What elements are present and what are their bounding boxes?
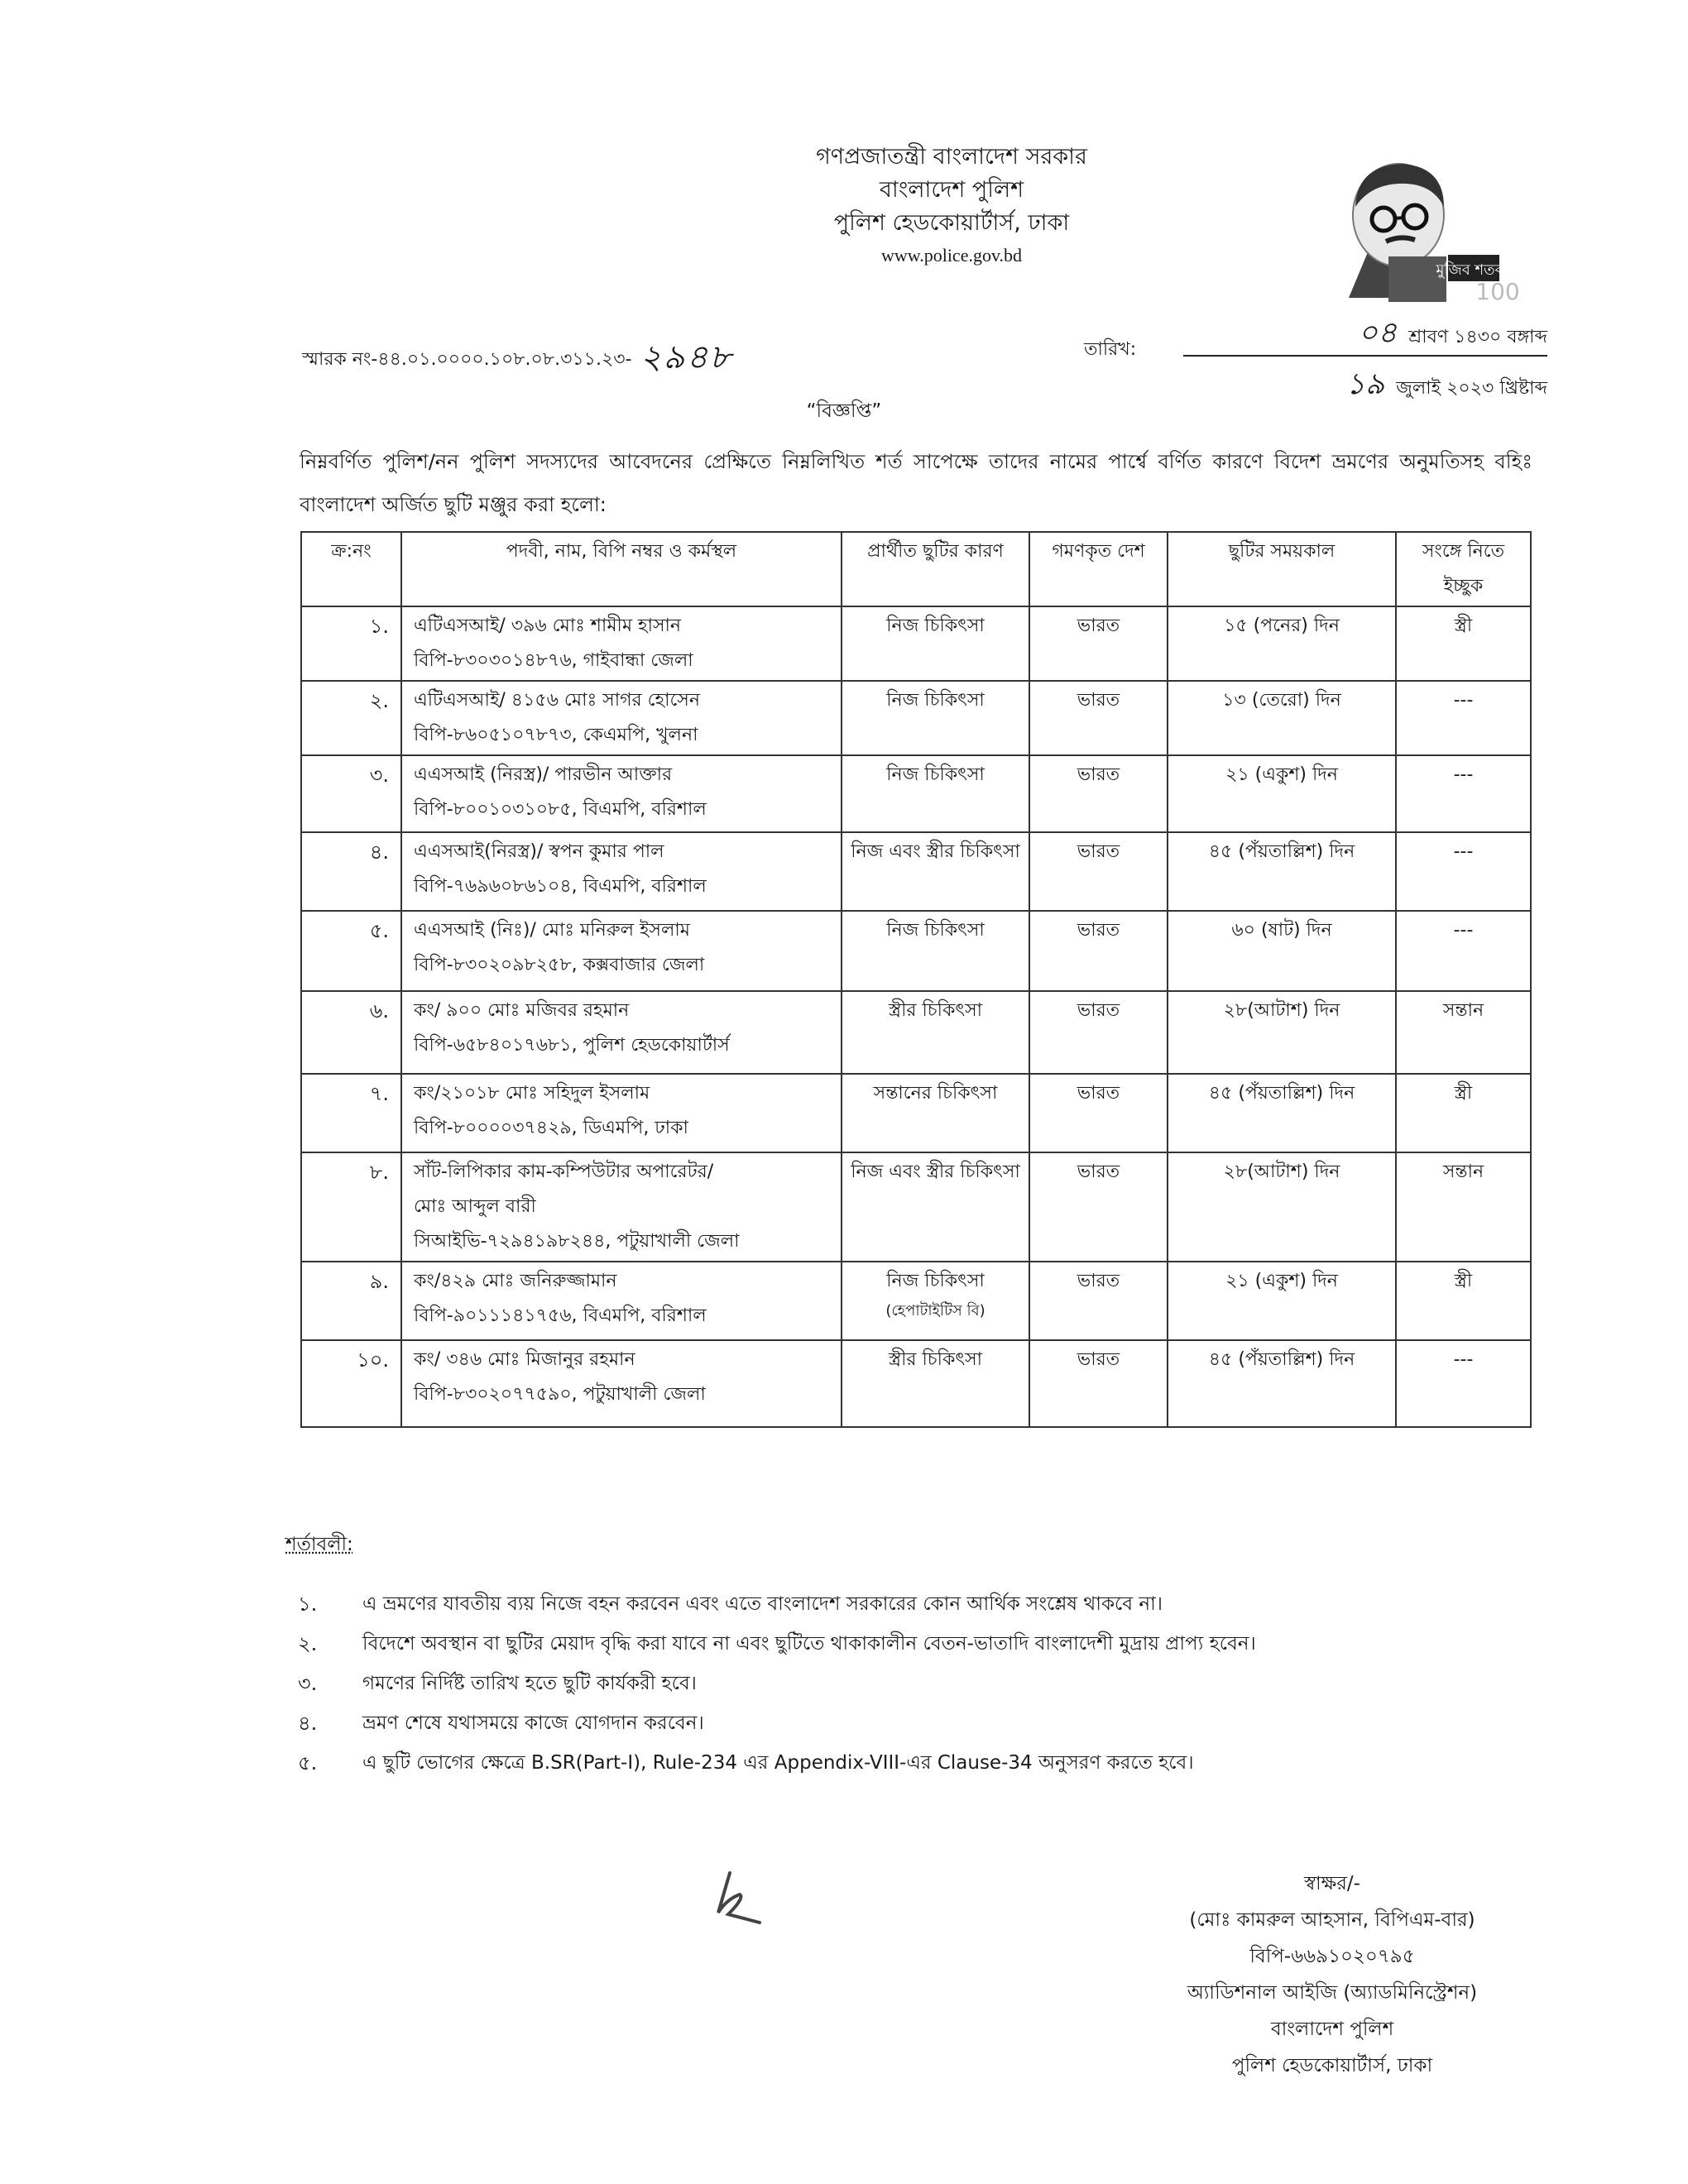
cell-serial: ৮. [301, 1152, 401, 1262]
employee-line2: মোঃ আব্দুল বারী [414, 1190, 832, 1224]
cell-serial: ৯. [301, 1262, 401, 1340]
condition-text: ভ্রমণ শেষে যথাসময়ে কাজে যোগদান করবেন। [362, 1703, 704, 1743]
cell-duration: ৪৫ (পঁয়তাল্লিশ) দিন [1168, 832, 1396, 911]
employee-line2: বিপি-৮৩০২০৯৮২৫৮, কক্সবাজার জেলা [414, 948, 832, 983]
organization-name: বাংলাদেশ পুলিশ [579, 174, 1324, 207]
cell-duration: ৬০ (ষাট) দিন [1168, 911, 1396, 991]
reason-text: নিজ চিকিৎসা [886, 690, 985, 711]
cell-duration: ৪৫ (পঁয়তাল্লিশ) দিন [1168, 1340, 1396, 1427]
employee-line2: বিপি-৮০০০০৩৭৪২৯, ডিএমপি, ঢাকা [414, 1111, 832, 1146]
employee-line1: এএসআই (নিরস্ত্র)/ পারভীন আক্তার [414, 758, 832, 793]
header-serial: ক্র:নং [301, 532, 401, 606]
date-block: ০৪ শ্রাবণ ১৪৩০ বঙ্গাব্দ ১৯ জুলাই ২০২৩ খ্… [1183, 310, 1547, 403]
memo-handwritten-number: ২৯৪৮ [640, 338, 733, 376]
cell-companion: স্ত্রী [1396, 1262, 1531, 1340]
conditions-list: ১.এ ভ্রমণের যাবতীয় ব্যয় নিজে বহন করবেন… [298, 1584, 1539, 1783]
employee-line1: এএসআই (নিঃ)/ মোঃ মনিরুল ইসলাম [414, 913, 832, 948]
memo-number: স্মারক নং-৪৪.০১.০০০০.১০৮.০৮.৩১১.২৩-২৯৪৮ [302, 331, 732, 386]
condition-text: এ ছুটি ভোগের ক্ষেত্রে B.SR(Part-I), Rule… [362, 1743, 1194, 1783]
condition-number: ৩. [298, 1664, 362, 1703]
cell-duration: ১৩ (তেরো) দিন [1168, 681, 1396, 755]
employee-line2: বিপি-৮০০১০৩১০৮৫, বিএমপি, বরিশাল [414, 793, 832, 827]
cell-reason: নিজ চিকিৎসা [842, 681, 1029, 755]
signatory-bp: বিপি-৬৬৯১০২০৭৯৫ [1101, 1938, 1564, 1975]
header-companion: সংঙ্গে নিতে ইচ্ছুক [1396, 532, 1531, 606]
employee-line2: বিপি-৯০১১১৪১৭৫৬, বিএমপি, বরিশাল [414, 1299, 832, 1334]
cell-duration: ১৫ (পনের) দিন [1168, 606, 1396, 681]
cell-companion: সন্তান [1396, 991, 1531, 1074]
bangla-date: ০৪ শ্রাবণ ১৪৩০ বঙ্গাব্দ [1183, 310, 1547, 352]
reason-text: নিজ চিকিৎসা [886, 764, 985, 785]
condition-item: ৩.গমণের নির্দিষ্ট তারিখ হতে ছুটি কার্যকর… [298, 1664, 1539, 1703]
cell-country: ভারত [1029, 755, 1168, 832]
table-header-row: ক্র:নং পদবী, নাম, বিপি নম্বর ও কর্মস্থল … [301, 532, 1531, 606]
cell-details: এটিএসআই/ ৪১৫৬ মোঃ সাগর হোসেনবিপি-৮৬০৫১০৭… [401, 681, 842, 755]
table-row: ৮.সাঁট-লিপিকার কাম-কম্পিউটার অপারেটর/মোঃ… [301, 1152, 1531, 1262]
signatory-designation: অ্যাডিশনাল আইজি (অ্যাডমিনিস্ট্রেশন) [1101, 1975, 1564, 2011]
cell-details: কং/ ৩৪৬ মোঃ মিজানুর রহমানবিপি-৮৩০২০৭৭৫৯০… [401, 1340, 842, 1427]
table-row: ৫.এএসআই (নিঃ)/ মোঃ মনিরুল ইসলামবিপি-৮৩০২… [301, 911, 1531, 991]
reason-text: নিজ এবং স্ত্রীর চিকিৎসা [851, 1161, 1020, 1182]
svg-text:100: 100 [1475, 278, 1519, 305]
reason-text: নিজ এবং স্ত্রীর চিকিৎসা [851, 841, 1020, 862]
condition-item: ১.এ ভ্রমণের যাবতীয় ব্যয় নিজে বহন করবেন… [298, 1584, 1539, 1624]
table-row: ৬.কং/ ৯০০ মোঃ মজিবর রহমানবিপি-৬৫৮৪০১৭৬৮১… [301, 991, 1531, 1074]
cell-duration: ২১ (একুশ) দিন [1168, 1262, 1396, 1340]
cell-serial: ৫. [301, 911, 401, 991]
employee-line1: এটিএসআই/ ৪১৫৬ মোঃ সাগর হোসেন [414, 683, 832, 718]
table-row: ৪.এএসআই(নিরস্ত্র)/ স্বপন কুমার পালবিপি-৭… [301, 832, 1531, 911]
employee-line1: কং/৪২৯ মোঃ জনিরুজ্জামান [414, 1264, 832, 1299]
employee-line2: বিপি-৮৬০৫১০৭৮৭৩, কেএমপি, খুলনা [414, 718, 832, 753]
signature-block: স্বাক্ষর/- (মোঃ কামরুল আহসান, বিপিএম-বার… [1101, 1865, 1564, 2084]
table-row: ৭.কং/২১০১৮ মোঃ সহিদুল ইসলামবিপি-৮০০০০৩৭৪… [301, 1074, 1531, 1152]
employee-line1: কং/ ৩৪৬ মোঃ মিজানুর রহমান [414, 1343, 832, 1377]
employee-line1: এএসআই(নিরস্ত্র)/ স্বপন কুমার পাল [414, 835, 832, 869]
bangla-date-month-year: শ্রাবণ ১৪৩০ বঙ্গাব্দ [1408, 323, 1547, 353]
memo-label: স্মারক নং-৪৪.০১.০০০০.১০৮.০৮.৩১১.২৩- [302, 349, 632, 370]
mujib-borsho-logo-icon: মুজিব শতবর্ষ 100 [1291, 149, 1523, 306]
cell-reason: নিজ চিকিৎসা(হেপাটাইটিস বি) [842, 1262, 1029, 1340]
employee-line3: সিআইভি-৭২৯৪১৯৮২৪৪, পটুয়াখালী জেলা [414, 1224, 832, 1259]
cell-companion: --- [1396, 755, 1531, 832]
letterhead: গণপ্রজাতন্ত্রী বাংলাদেশ সরকার বাংলাদেশ প… [579, 141, 1324, 270]
cell-reason: নিজ এবং স্ত্রীর চিকিৎসা [842, 832, 1029, 911]
condition-number: ২. [298, 1624, 362, 1664]
signatory-name: (মোঃ কামরুল আহসান, বিপিএম-বার) [1101, 1902, 1564, 1938]
leave-table: ক্র:নং পদবী, নাম, বিপি নম্বর ও কর্মস্থল … [300, 531, 1532, 1428]
date-label: তারিখ: [1084, 335, 1136, 366]
cell-country: ভারত [1029, 681, 1168, 755]
cell-serial: ১. [301, 606, 401, 681]
notice-title: “বিজ্ঞপ্তি” [0, 395, 1688, 428]
reason-text: নিজ চিকিৎসা [886, 1271, 985, 1291]
condition-item: ৫.এ ছুটি ভোগের ক্ষেত্রে B.SR(Part-I), Ru… [298, 1743, 1539, 1783]
reason-text: স্ত্রীর চিকিৎসা [889, 1000, 982, 1021]
condition-item: ৪.ভ্রমণ শেষে যথাসময়ে কাজে যোগদান করবেন। [298, 1703, 1539, 1743]
cell-serial: ২. [301, 681, 401, 755]
table-row: ৯.কং/৪২৯ মোঃ জনিরুজ্জামানবিপি-৯০১১১৪১৭৫৬… [301, 1262, 1531, 1340]
cell-country: ভারত [1029, 606, 1168, 681]
cell-reason: নিজ চিকিৎসা [842, 606, 1029, 681]
cell-details: এএসআই(নিরস্ত্র)/ স্বপন কুমার পালবিপি-৭৬৯… [401, 832, 842, 911]
cell-details: এটিএসআই/ ৩৯৬ মোঃ শামীম হাসানবিপি-৮৩০৩০১৪… [401, 606, 842, 681]
table-row: ১০.কং/ ৩৪৬ মোঃ মিজানুর রহমানবিপি-৮৩০২০৭৭… [301, 1340, 1531, 1427]
reason-text: সন্তানের চিকিৎসা [874, 1083, 998, 1104]
condition-number: ১. [298, 1584, 362, 1624]
reason-text: নিজ চিকিৎসা [886, 920, 985, 941]
cell-country: ভারত [1029, 1262, 1168, 1340]
cell-details: কং/ ৯০০ মোঃ মজিবর রহমানবিপি-৬৫৮৪০১৭৬৮১, … [401, 991, 842, 1074]
cell-serial: ৭. [301, 1074, 401, 1152]
header-details: পদবী, নাম, বিপি নম্বর ও কর্মস্থল [401, 532, 842, 606]
condition-number: ৫. [298, 1743, 362, 1783]
signatory-org: বাংলাদেশ পুলিশ [1101, 2011, 1564, 2047]
government-name: গণপ্রজাতন্ত্রী বাংলাদেশ সরকার [579, 141, 1324, 174]
table-row: ১.এটিএসআই/ ৩৯৬ মোঃ শামীম হাসানবিপি-৮৩০৩০… [301, 606, 1531, 681]
cell-country: ভারত [1029, 1340, 1168, 1427]
employee-line2: বিপি-৭৬৯৬০৮৬১০৪, বিএমপি, বরিশাল [414, 869, 832, 904]
cell-companion: --- [1396, 911, 1531, 991]
conditions-title: শর্তাবলী: [285, 1529, 353, 1561]
cell-reason: স্ত্রীর চিকিৎসা [842, 1340, 1029, 1427]
table-row: ২.এটিএসআই/ ৪১৫৬ মোঃ সাগর হোসেনবিপি-৮৬০৫১… [301, 681, 1531, 755]
cell-serial: ১০. [301, 1340, 401, 1427]
cell-reason: স্ত্রীর চিকিৎসা [842, 991, 1029, 1074]
table-row: ৩.এএসআই (নিরস্ত্র)/ পারভীন আক্তারবিপি-৮০… [301, 755, 1531, 832]
reason-note: (হেপাটাইটিস বি) [851, 1299, 1020, 1324]
cell-duration: ২১ (একুশ) দিন [1168, 755, 1396, 832]
bangla-date-day: ০৪ [1358, 310, 1397, 360]
cell-country: ভারত [1029, 832, 1168, 911]
cell-reason: সন্তানের চিকিৎসা [842, 1074, 1029, 1152]
cell-reason: নিজ এবং স্ত্রীর চিকিৎসা [842, 1152, 1029, 1262]
cell-companion: সন্তান [1396, 1152, 1531, 1262]
employee-line2: বিপি-৮৩০২০৭৭৫৯০, পটুয়াখালী জেলা [414, 1377, 832, 1412]
cell-country: ভারত [1029, 1074, 1168, 1152]
cell-companion: --- [1396, 832, 1531, 911]
cell-details: এএসআই (নিরস্ত্র)/ পারভীন আক্তারবিপি-৮০০১… [401, 755, 842, 832]
condition-text: এ ভ্রমণের যাবতীয় ব্যয় নিজে বহন করবেন এ… [362, 1584, 1163, 1624]
cell-serial: ৩. [301, 755, 401, 832]
reason-text: স্ত্রীর চিকিৎসা [889, 1349, 982, 1370]
header-duration: ছুটির সময়কাল [1168, 532, 1396, 606]
cell-companion: স্ত্রী [1396, 606, 1531, 681]
cell-reason: নিজ চিকিৎসা [842, 755, 1029, 832]
condition-text: গমণের নির্দিষ্ট তারিখ হতে ছুটি কার্যকরী … [362, 1664, 697, 1703]
cell-country: ভারত [1029, 911, 1168, 991]
svg-text:মুজিব শতবর্ষ: মুজিব শতবর্ষ [1435, 261, 1513, 279]
office-name: পুলিশ হেডকোয়ার্টার্স, ঢাকা [579, 207, 1324, 240]
cell-companion: --- [1396, 681, 1531, 755]
employee-line1: কং/ ৯০০ মোঃ মজিবর রহমান [414, 994, 832, 1028]
condition-text: বিদেশে অবস্থান বা ছুটির মেয়াদ বৃদ্ধি কর… [362, 1624, 1256, 1664]
condition-item: ২.বিদেশে অবস্থান বা ছুটির মেয়াদ বৃদ্ধি … [298, 1624, 1539, 1664]
cell-companion: স্ত্রী [1396, 1074, 1531, 1152]
employee-line2: বিপি-৮৩০৩০১৪৮৭৬, গাইবান্ধা জেলা [414, 644, 832, 678]
cell-details: কং/২১০১৮ মোঃ সহিদুল ইসলামবিপি-৮০০০০৩৭৪২৯… [401, 1074, 842, 1152]
cell-details: সাঁট-লিপিকার কাম-কম্পিউটার অপারেটর/মোঃ আ… [401, 1152, 842, 1262]
cell-companion: --- [1396, 1340, 1531, 1427]
cell-serial: ৬. [301, 991, 401, 1074]
header-country: গমণকৃত দেশ [1029, 532, 1168, 606]
header-reason: প্রার্থীত ছুটির কারণ [842, 532, 1029, 606]
employee-line1: কং/২১০১৮ মোঃ সহিদুল ইসলাম [414, 1076, 832, 1111]
cell-country: ভারত [1029, 991, 1168, 1074]
handwritten-initial-icon [712, 1870, 778, 1928]
employee-line2: বিপি-৬৫৮৪০১৭৬৮১, পুলিশ হেডকোয়ার্টার্স [414, 1028, 832, 1063]
cell-reason: নিজ চিকিৎসা [842, 911, 1029, 991]
cell-duration: ২৮(আটাশ) দিন [1168, 1152, 1396, 1262]
reason-text: নিজ চিকিৎসা [886, 615, 985, 636]
cell-details: কং/৪২৯ মোঃ জনিরুজ্জামানবিপি-৯০১১১৪১৭৫৬, … [401, 1262, 842, 1340]
intro-paragraph: নিম্নবর্ণিত পুলিশ/নন পুলিশ সদস্যদের আবেদ… [300, 440, 1532, 526]
signed-mark: স্বাক্ষর/- [1101, 1865, 1564, 1902]
cell-serial: ৪. [301, 832, 401, 911]
cell-country: ভারত [1029, 1152, 1168, 1262]
cell-duration: ৪৫ (পঁয়তাল্লিশ) দিন [1168, 1074, 1396, 1152]
cell-duration: ২৮(আটাশ) দিন [1168, 991, 1396, 1074]
cell-details: এএসআই (নিঃ)/ মোঃ মনিরুল ইসলামবিপি-৮৩০২০৯… [401, 911, 842, 991]
employee-line1: সাঁট-লিপিকার কাম-কম্পিউটার অপারেটর/ [414, 1155, 832, 1190]
employee-line1: এটিএসআই/ ৩৯৬ মোঃ শামীম হাসান [414, 609, 832, 644]
condition-number: ৪. [298, 1703, 362, 1743]
website-link[interactable]: www.police.gov.bd [579, 242, 1324, 270]
signatory-office: পুলিশ হেডকোয়ার্টার্স, ঢাকা [1101, 2047, 1564, 2084]
